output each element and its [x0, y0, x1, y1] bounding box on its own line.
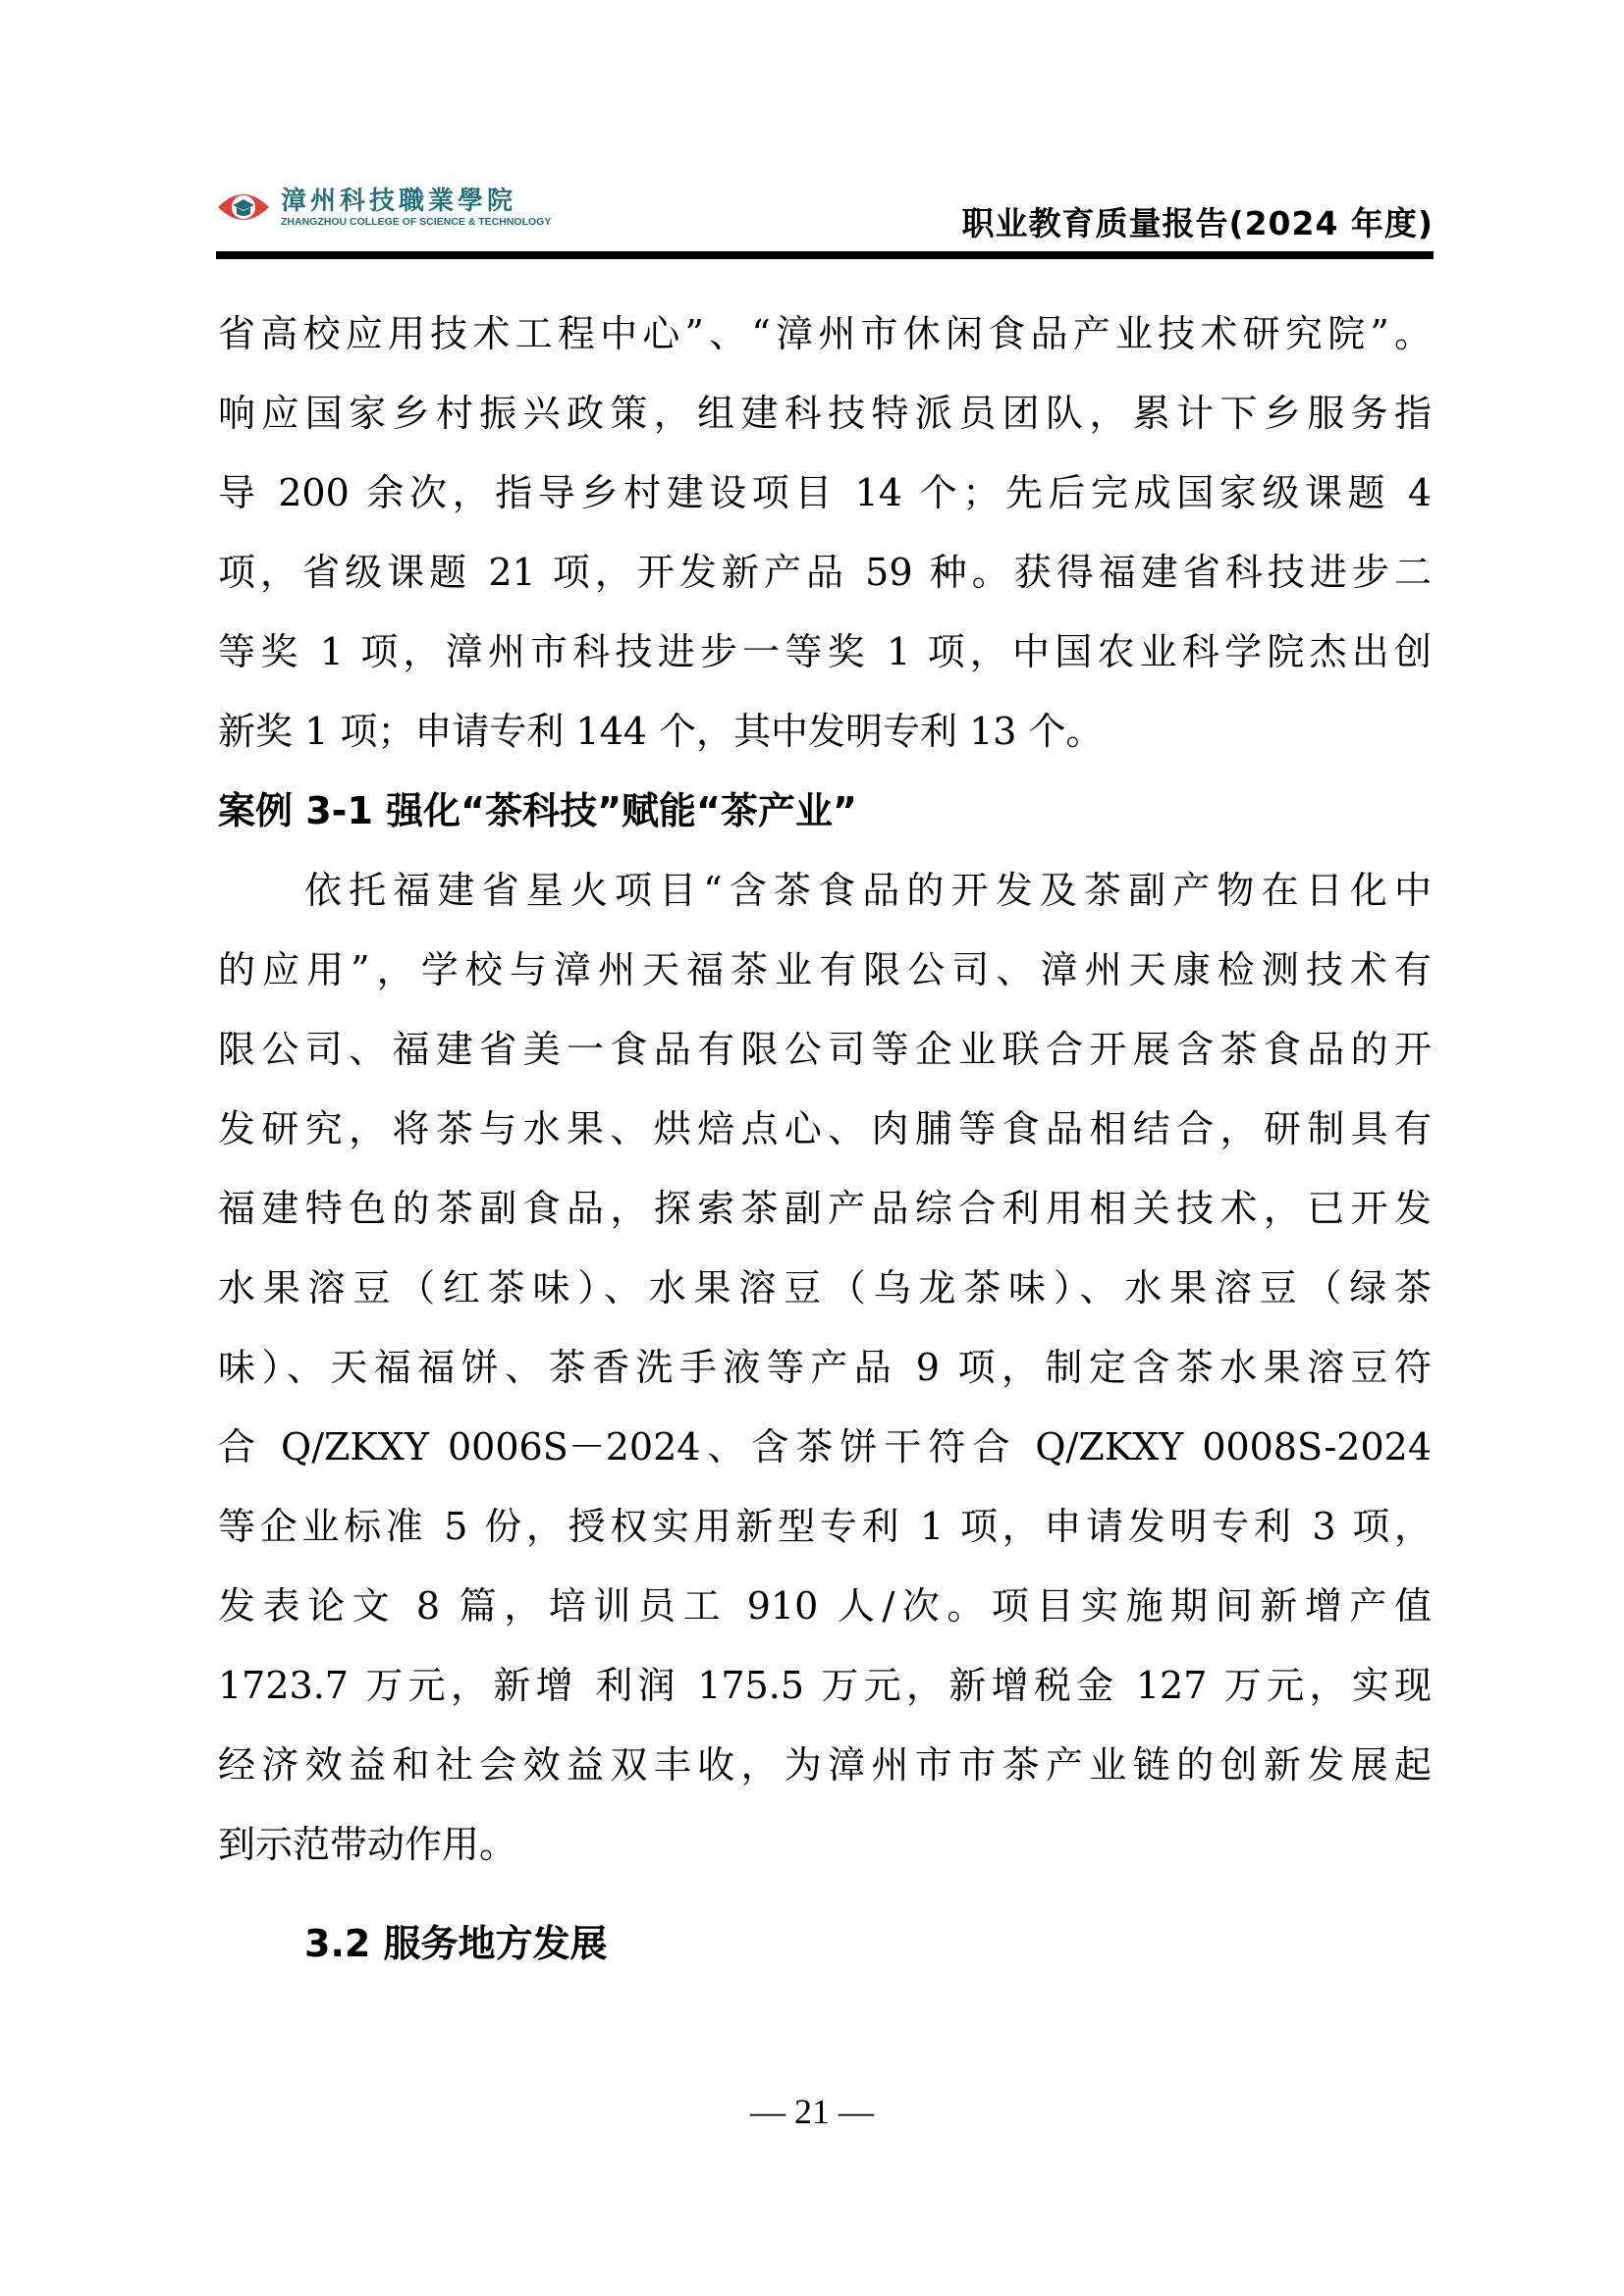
- paragraph-line: 的应用”，学校与漳州天福茶业有限公司、漳州天康检测技术有: [218, 931, 1432, 1010]
- paragraph-line: 发表论文 8 篇，培训员工 910 人/次。项目实施期间新增产值: [218, 1567, 1432, 1646]
- college-logo: 漳州科技職業學院 ZHANGZHOU COLLEGE OF SCIENCE & …: [216, 187, 551, 228]
- paragraph-line: 新奖 1 项；申请专利 144 个，其中发明专利 13 个。: [218, 692, 1432, 772]
- paragraph-line: 味）、天福福饼、茶香洗手液等产品 9 项，制定含茶水果溶豆符: [218, 1328, 1432, 1408]
- paragraph-line: 等企业标准 5 份，授权实用新型专利 1 项，申请发明专利 3 项，: [218, 1487, 1432, 1567]
- paragraph-line: 合 Q/ZKXY 0006S－2024、含茶饼干符合 Q/ZKXY 0008S-…: [218, 1408, 1432, 1487]
- page-header: 漳州科技職業學院 ZHANGZHOU COLLEGE OF SCIENCE & …: [216, 177, 1434, 255]
- report-title: 职业教育质量报告(2024 年度): [962, 198, 1435, 244]
- paragraph-line: 响应国家乡村振兴政策，组建科技特派员团队，累计下乡服务指: [218, 374, 1432, 454]
- paragraph-line: 项，省级课题 21 项，开发新产品 59 种。获得福建省科技进步二: [218, 533, 1432, 613]
- paragraph-line: 经济效益和社会效益双丰收，为漳州市市茶产业链的创新发展起: [218, 1726, 1432, 1805]
- paragraph-line: 等奖 1 项，漳州市科技进步一等奖 1 项，中国农业科学院杰出创: [218, 613, 1432, 692]
- college-name-cn: 漳州科技職業學院: [281, 187, 551, 216]
- paragraph-line: 导 200 余次，指导乡村建设项目 14 个；先后完成国家级课题 4: [218, 454, 1432, 533]
- paragraph-line: 发研究，将茶与水果、烘焙点心、肉脯等食品相结合，研制具有: [218, 1090, 1432, 1169]
- paragraph-line: 福建特色的茶副食品，探索茶副产品综合利用相关技术，已开发: [218, 1169, 1432, 1249]
- paragraph-line: 到示范带动作用。: [218, 1805, 1432, 1885]
- paragraph-line: 限公司、福建省美一食品有限公司等企业联合开展含茶食品的开: [218, 1010, 1432, 1090]
- paragraph-line: 水果溶豆（红茶味）、水果溶豆（乌龙茶味）、水果溶豆（绿茶: [218, 1249, 1432, 1328]
- paragraph-line: 省高校应用技术工程中心”、“漳州市休闲食品产业技术研究院”。: [218, 294, 1432, 374]
- paragraph-line: 1723.7 万元，新增 利润 175.5 万元，新增税金 127 万元，实现: [218, 1646, 1432, 1726]
- section-heading: 3.2 服务地方发展: [218, 1904, 1432, 1984]
- college-emblem-icon: [216, 187, 271, 227]
- paragraph-line: 依托福建省星火项目“含茶食品的开发及茶副产物在日化中: [218, 851, 1432, 931]
- page-number: — 21 —: [0, 2091, 1624, 2132]
- case-title: 案例 3-1 强化“茶科技”赋能“茶产业”: [218, 772, 1432, 851]
- page-content: 省高校应用技术工程中心”、“漳州市休闲食品产业技术研究院”。 响应国家乡村振兴政…: [218, 294, 1432, 1984]
- header-divider: [216, 251, 1434, 259]
- college-name-en: ZHANGZHOU COLLEGE OF SCIENCE & TECHNOLOG…: [281, 216, 551, 228]
